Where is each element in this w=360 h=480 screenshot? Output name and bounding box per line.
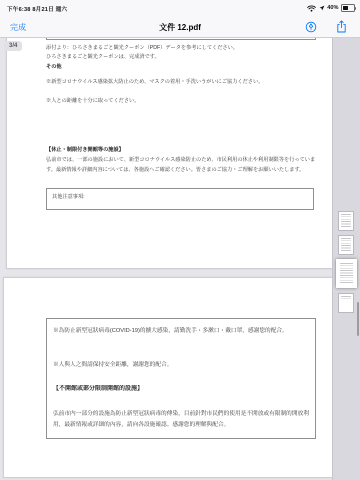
page-thumbnail-1[interactable] <box>338 211 354 231</box>
wifi-icon <box>307 5 316 12</box>
thumbnail-strip <box>332 37 360 480</box>
note-box: 其他注意事項: <box>46 188 314 210</box>
page3-paragraph: 弘前市では、一部の施設において、新型コロナウイルス感染防止のため、市民利用の休止… <box>46 156 323 175</box>
page-thumbnail-3-selected[interactable] <box>336 259 357 288</box>
share-button[interactable] <box>334 20 348 34</box>
share-icon <box>336 20 347 33</box>
notice-box: ※為防止新型冠狀病毒(COVID-19)的擴大感染，請勤洗手・多漱口・戴口罩，感… <box>46 318 316 439</box>
status-time: 下午6:38 8月21日 週六 <box>7 5 67 13</box>
pdf-page-4: ※為防止新型冠狀病毒(COVID-19)的擴大感染，請勤洗手・多漱口・戴口罩，感… <box>3 277 333 478</box>
markup-button[interactable] <box>304 20 318 34</box>
page3-line: ※人との距離を十分に取ってください。 <box>46 97 139 105</box>
page4-paragraph: 弘前市内一部分的設施為防止新型冠狀病毒的傳染，目前針對市民們的使用是不開放或有限… <box>53 409 310 431</box>
status-right-cluster: 40% <box>307 4 355 12</box>
page-thumbnail-2[interactable] <box>338 235 354 255</box>
status-bar: 下午6:38 8月21日 週六 40% <box>0 0 360 16</box>
thumbnail-content <box>341 296 351 301</box>
note-box-label: 其他注意事項: <box>52 193 85 201</box>
location-arrow-icon <box>319 5 325 11</box>
page-indicator: 3/4 <box>4 41 22 51</box>
pdf-viewer-screen: { "status_bar": { "datetime": "下午6:38 8月… <box>0 0 360 480</box>
pdf-scroll-area[interactable]: 3/4 添付より：ひろさきまるごと観光クーポン（PDF）データを参考にしてくださ… <box>0 37 360 480</box>
page3-line: 添付より：ひろさきまるごと観光クーポン（PDF）データを参考にしてください。 <box>46 44 238 52</box>
battery-icon <box>341 4 355 12</box>
page4-line: ※為防止新型冠狀病毒(COVID-19)的擴大感染，請勤洗手・多漱口・戴口罩，感… <box>53 327 288 335</box>
page3-section-heading: その他 <box>46 63 62 71</box>
page4-line: ※人與人之間請保持安全距離，謝謝您的配合。 <box>53 361 172 369</box>
battery-percent: 40% <box>327 5 338 11</box>
thumbnail-content <box>340 263 353 284</box>
scrollbar-thumb[interactable] <box>357 302 359 336</box>
page3-section-heading: 【休止・制限付き開館等の施設】 <box>46 146 124 154</box>
page-thumbnail-4[interactable] <box>338 293 354 313</box>
navigation-bar: 完成 文件 12.pdf <box>0 16 360 38</box>
thumbnail-content <box>341 238 351 252</box>
thumbnail-content <box>341 214 351 228</box>
page4-section-heading: 【不開館或部分限制開館的設施】 <box>53 385 143 393</box>
page3-line: ひろさきまるごと観光クーポンは、完成済です。 <box>46 53 160 61</box>
pdf-page-3: 添付より：ひろさきまるごと観光クーポン（PDF）データを参考にしてください。 ひ… <box>6 37 333 269</box>
markup-icon <box>305 21 317 33</box>
page3-line: ※新型コロナウイルス感染拡大防止のため、マスクの着用・手洗いうがいにご協力くださ… <box>46 78 263 86</box>
